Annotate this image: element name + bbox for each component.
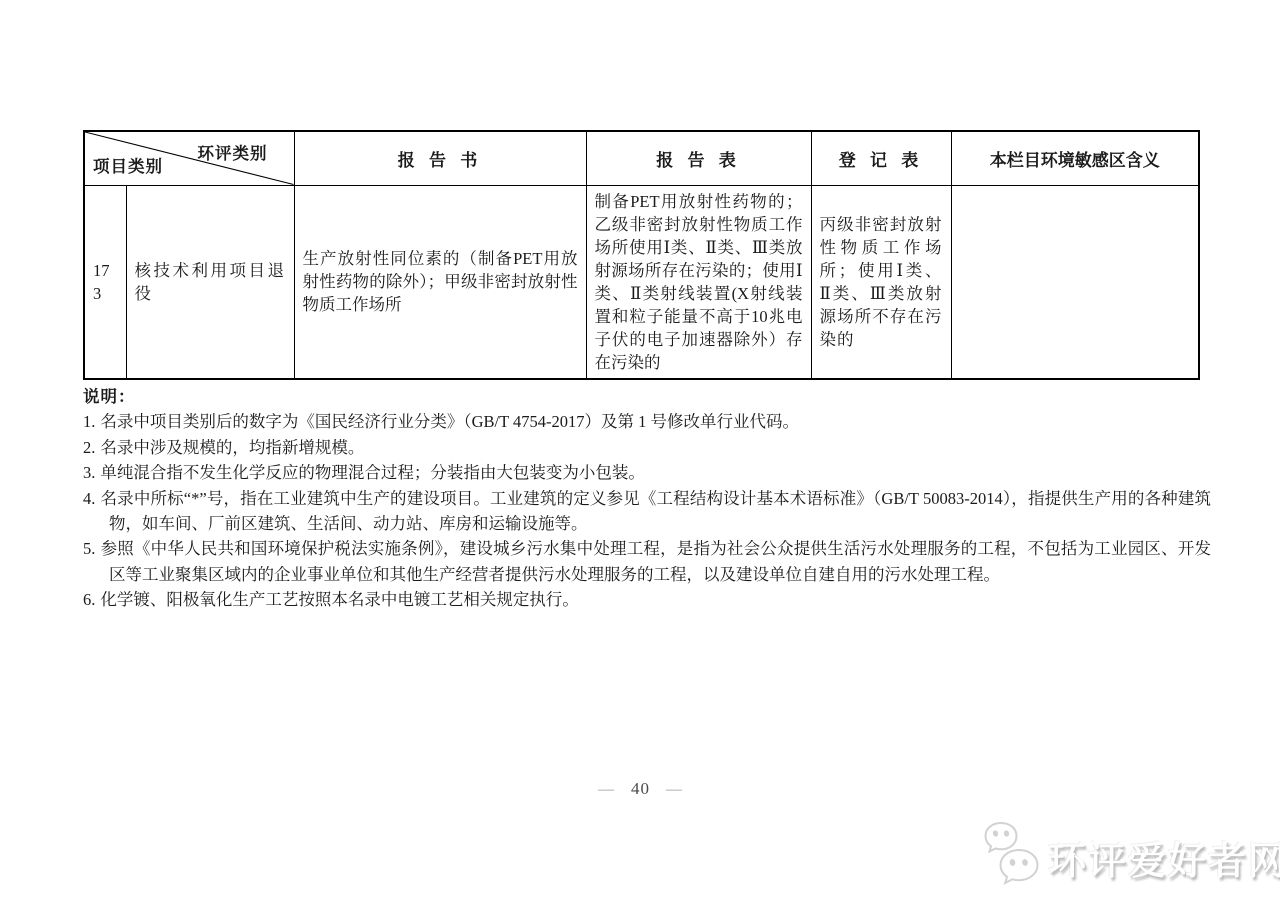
cell-report-book: 生产放射性同位素的（制备PET用放射性药物的除外）；甲级非密封放射性物质工作场所 <box>294 185 586 379</box>
header-project-category-label: 项目类别 <box>93 153 163 177</box>
footer-dash-right: — <box>666 781 683 798</box>
page-number: 40 <box>631 779 650 798</box>
page-number-footer: —40— <box>83 779 1198 799</box>
note-item-3: 3.单纯混合指不发生化学反应的物理混合过程；分装指由大包装变为小包装。 <box>83 460 1211 485</box>
note-text: 名录中涉及规模的，均指新增规模。 <box>100 438 364 457</box>
header-report-form: 报 告 表 <box>586 131 811 185</box>
note-number: 3. <box>83 463 95 482</box>
note-text: 单纯混合指不发生化学反应的物理混合过程；分装指由大包装变为小包装。 <box>100 463 645 482</box>
header-sensitive-area-meaning: 本栏目环境敏感区含义 <box>951 131 1199 185</box>
header-eia-category-label: 环评类别 <box>198 140 268 164</box>
cell-project-id: 173 <box>84 185 126 379</box>
note-text: 化学镀、阳极氧化生产工艺按照本名录中电镀工艺相关规定执行。 <box>100 590 579 609</box>
notes-section: 说明： 1.名录中项目类别后的数字为《国民经济行业分类》（GB/T 4754-2… <box>83 384 1211 613</box>
note-number: 1. <box>83 412 95 431</box>
note-text: 名录中所标“*”号，指在工业建筑中生产的建设项目。工业建筑的定义参见《工程结构设… <box>100 489 1211 533</box>
cell-project-category: 核技术利用项目退役 <box>126 185 294 379</box>
header-registration-form: 登 记 表 <box>811 131 951 185</box>
cell-report-form: 制备PET用放射性药物的；乙级非密封放射性物质工作场所使用Ⅰ类、Ⅱ类、Ⅲ类放射源… <box>586 185 811 379</box>
note-number: 2. <box>83 438 95 457</box>
chat-bubbles-icon <box>982 818 1042 896</box>
note-item-2: 2.名录中涉及规模的，均指新增规模。 <box>83 435 1211 460</box>
note-item-4: 4.名录中所标“*”号，指在工业建筑中生产的建设项目。工业建筑的定义参见《工程结… <box>83 486 1211 537</box>
note-number: 6. <box>83 590 95 609</box>
cell-registration-form: 丙级非密封放射性物质工作场所；使用Ⅰ类、Ⅱ类、Ⅲ类放射源场所不存在污染的 <box>811 185 951 379</box>
document-page: 环评类别 项目类别 报 告 书 报 告 表 登 记 表 本栏目环境敏感区含义 1… <box>0 0 1280 905</box>
note-number: 4. <box>83 489 95 508</box>
note-number: 5. <box>83 539 95 558</box>
notes-title: 说明： <box>83 384 1211 409</box>
note-text: 名录中项目类别后的数字为《国民经济行业分类》（GB/T 4754-2017）及第… <box>100 412 799 431</box>
footer-dash-left: — <box>598 781 615 798</box>
cell-sensitive-area-meaning <box>951 185 1199 379</box>
diagonal-header-cell: 环评类别 项目类别 <box>84 131 294 185</box>
note-item-1: 1.名录中项目类别后的数字为《国民经济行业分类》（GB/T 4754-2017）… <box>83 409 1211 434</box>
note-item-5: 5.参照《中华人民共和国环境保护税法实施条例》，建设城乡污水集中处理工程，是指为… <box>83 536 1211 587</box>
header-report-book: 报 告 书 <box>294 131 586 185</box>
table-row: 173 核技术利用项目退役 生产放射性同位素的（制备PET用放射性药物的除外）；… <box>84 185 1199 379</box>
note-text: 参照《中华人民共和国环境保护税法实施条例》，建设城乡污水集中处理工程，是指为社会… <box>100 539 1211 583</box>
eia-category-table: 环评类别 项目类别 报 告 书 报 告 表 登 记 表 本栏目环境敏感区含义 1… <box>83 130 1200 380</box>
site-watermark: 环评爱好者网 <box>982 818 1280 896</box>
watermark-text: 环评爱好者网 <box>1048 830 1280 885</box>
note-item-6: 6.化学镀、阳极氧化生产工艺按照本名录中电镀工艺相关规定执行。 <box>83 587 1211 612</box>
table-header-row: 环评类别 项目类别 报 告 书 报 告 表 登 记 表 本栏目环境敏感区含义 <box>84 131 1199 185</box>
